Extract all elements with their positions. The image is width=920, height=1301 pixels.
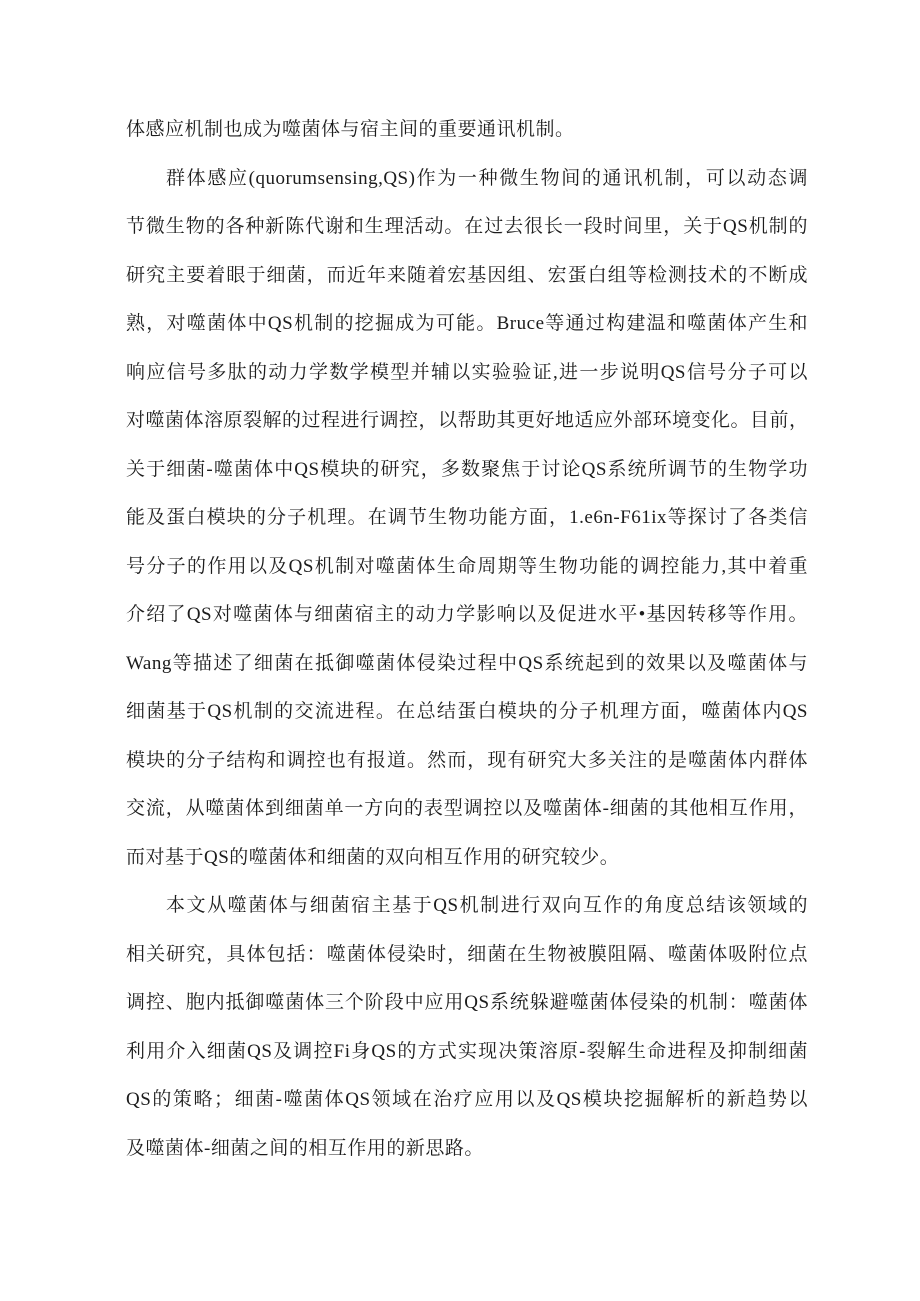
text-line: 介绍了QS对噬菌体与细菌宿主的动力学影响以及促进水平•基因转移等作用。 [126, 591, 808, 640]
text-line: 交流，从噬菌体到细菌单一方向的表型调控以及噬菌体-细菌的其他相互作用， [126, 785, 808, 834]
text-line: 对噬菌体溶原裂解的过程进行调控，以帮助其更好地适应外部环境变化。目前， [126, 397, 808, 446]
text-line: 而对基于QS的噬菌体和细菌的双向相互作用的研究较少。 [126, 834, 808, 883]
text-line: 体感应机制也成为噬菌体与宿主间的重要通讯机制。 [126, 106, 808, 155]
text-line: Wang等描述了细菌在抵御噬菌体侵染过程中QS系统起到的效果以及噬菌体与 [126, 640, 808, 689]
text-line: QS的策略；细菌-噬菌体QS领域在治疗应用以及QS模块挖掘解析的新趋势以 [126, 1076, 808, 1125]
text-line: 号分子的作用以及QS机制对噬菌体生命周期等生物功能的调控能力,其中着重 [126, 543, 808, 592]
text-line paragraph-start: 群体感应(quorumsensing,QS)作为一种微生物间的通讯机制，可以动态… [126, 155, 808, 204]
text-line: 模块的分子结构和调控也有报道。然而，现有研究大多关注的是噬菌体内群体 [126, 737, 808, 786]
document-page: 体感应机制也成为噬菌体与宿主间的重要通讯机制。 群体感应(quorumsensi… [0, 0, 920, 1301]
text-line: 关于细菌-噬菌体中QS模块的研究，多数聚焦于讨论QS系统所调节的生物学功 [126, 446, 808, 495]
text-line: 熟，对噬菌体中QS机制的挖掘成为可能。Bruce等通过构建温和噬菌体产生和 [126, 300, 808, 349]
text-line: 研究主要着眼于细菌，而近年来随着宏基因组、宏蛋白组等检测技术的不断成 [126, 252, 808, 301]
text-line paragraph-start: 本文从噬菌体与细菌宿主基于QS机制进行双向互作的角度总结该领域的 [126, 882, 808, 931]
text-line: 相关研究，具体包括：噬菌体侵染时，细菌在生物被膜阻隔、噬菌体吸附位点 [126, 931, 808, 980]
text-line: 响应信号多肽的动力学数学模型并辅以实验验证,进一步说明QS信号分子可以 [126, 349, 808, 398]
text-line: 细菌基于QS机制的交流进程。在总结蛋白模块的分子机理方面，噬菌体内QS [126, 688, 808, 737]
text-line: 调控、胞内抵御噬菌体三个阶段中应用QS系统躲避噬菌体侵染的机制：噬菌体 [126, 979, 808, 1028]
text-line: 能及蛋白模块的分子机理。在调节生物功能方面，1.e6n-F61ix等探讨了各类信 [126, 494, 808, 543]
text-line: 及噬菌体-细菌之间的相互作用的新思路。 [126, 1125, 808, 1174]
text-line: 利用介入细菌QS及调控Fi身QS的方式实现决策溶原-裂解生命进程及抑制细菌 [126, 1028, 808, 1077]
text-line: 节微生物的各种新陈代谢和生理活动。在过去很长一段时间里，关于QS机制的 [126, 203, 808, 252]
body-text: 体感应机制也成为噬菌体与宿主间的重要通讯机制。 群体感应(quorumsensi… [126, 106, 808, 1173]
